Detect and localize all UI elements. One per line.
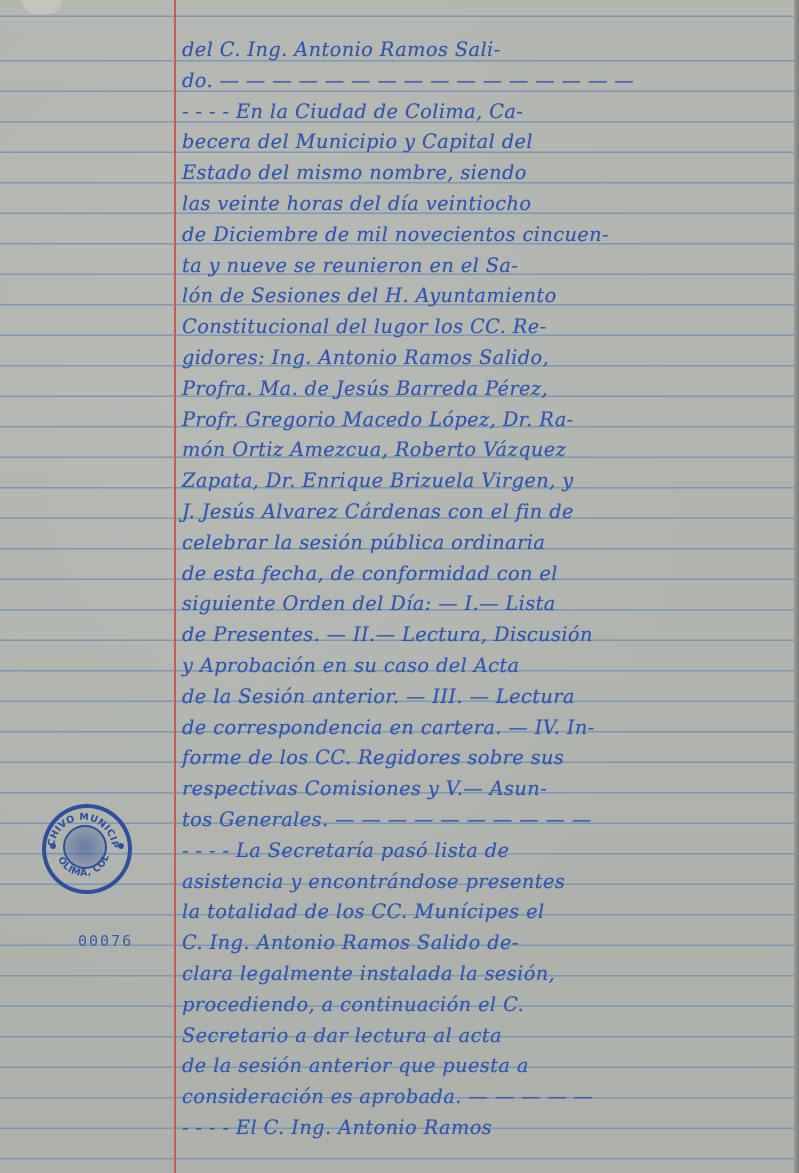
- text-line: gidores: Ing. Antonio Ramos Salido,: [182, 343, 786, 374]
- text-line: do. — — — — — — — — — — — — — — — —: [182, 66, 786, 97]
- text-line: procediendo, a continuación el C.: [182, 990, 786, 1021]
- notebook-page: del C. Ing. Antonio Ramos Sali-do. — — —…: [0, 0, 799, 1173]
- text-line: Profr. Gregorio Macedo López, Dr. Ra-: [182, 405, 786, 436]
- text-line: J. Jesús Alvarez Cárdenas con el fin de: [182, 497, 786, 528]
- text-line: lón de Sesiones del H. Ayuntamiento: [182, 281, 786, 312]
- text-line: Estado del mismo nombre, siendo: [182, 158, 786, 189]
- page-edge: [794, 0, 799, 1173]
- text-line: - - - - En la Ciudad de Colima, Ca-: [182, 97, 786, 128]
- text-line: - - - - La Secretaría pasó lista de: [182, 836, 786, 867]
- text-line: celebrar la sesión pública ordinaria: [182, 528, 786, 559]
- text-line: Constitucional del lugor los CC. Re-: [182, 312, 786, 343]
- text-line: becera del Municipio y Capital del: [182, 127, 786, 158]
- handwritten-text: del C. Ing. Antonio Ramos Sali-do. — — —…: [182, 35, 790, 1144]
- text-line: clara legalmente instalada la sesión,: [182, 959, 786, 990]
- folio-number: 00076: [78, 932, 133, 950]
- text-line: tos Generales. — — — — — — — — — —: [182, 805, 786, 836]
- text-line: las veinte horas del día veintiocho: [182, 189, 786, 220]
- text-line: C. Ing. Antonio Ramos Salido de-: [182, 928, 786, 959]
- text-line: - - - - El C. Ing. Antonio Ramos: [182, 1113, 786, 1144]
- text-line: del C. Ing. Antonio Ramos Sali-: [182, 35, 786, 66]
- text-line: de la sesión anterior que puesta a: [182, 1051, 786, 1082]
- text-line: Profra. Ma. de Jesús Barreda Pérez,: [182, 374, 786, 405]
- text-line: ta y nueve se reunieron en el Sa-: [182, 251, 786, 282]
- stamp-star-right-icon: [118, 843, 124, 849]
- text-line: consideración es aprobada. — — — — —: [182, 1082, 786, 1113]
- text-line: món Ortiz Amezcua, Roberto Vázquez: [182, 435, 786, 466]
- stamp-star-left-icon: [50, 843, 56, 849]
- text-line: respectivas Comisiones y V.— Asun-: [182, 774, 786, 805]
- text-line: de la Sesión anterior. — III. — Lectura: [182, 682, 786, 713]
- red-margin-line: [174, 0, 176, 1173]
- text-line: de correspondencia en cartera. — IV. In-: [182, 713, 786, 744]
- text-line: de Diciembre de mil novecientos cincuen-: [182, 220, 786, 251]
- text-line: Secretario a dar lectura al acta: [182, 1021, 786, 1052]
- text-line: Zapata, Dr. Enrique Brizuela Virgen, y: [182, 466, 786, 497]
- stamp-emblem: [63, 825, 107, 869]
- text-line: de esta fecha, de conformidad con el: [182, 559, 786, 590]
- text-line: siguiente Orden del Día: — I.— Lista: [182, 589, 786, 620]
- text-line: y Aprobación en su caso del Acta: [182, 651, 786, 682]
- text-line: de Presentes. — II.— Lectura, Discusión: [182, 620, 786, 651]
- text-line: forme de los CC. Regidores sobre sus: [182, 743, 786, 774]
- text-line: asistencia y encontrándose presentes: [182, 867, 786, 898]
- archive-stamp: ARCHIVO MUNICIPAL COLIMA, COL.: [42, 804, 132, 894]
- text-line: la totalidad de los CC. Munícipes el: [182, 897, 786, 928]
